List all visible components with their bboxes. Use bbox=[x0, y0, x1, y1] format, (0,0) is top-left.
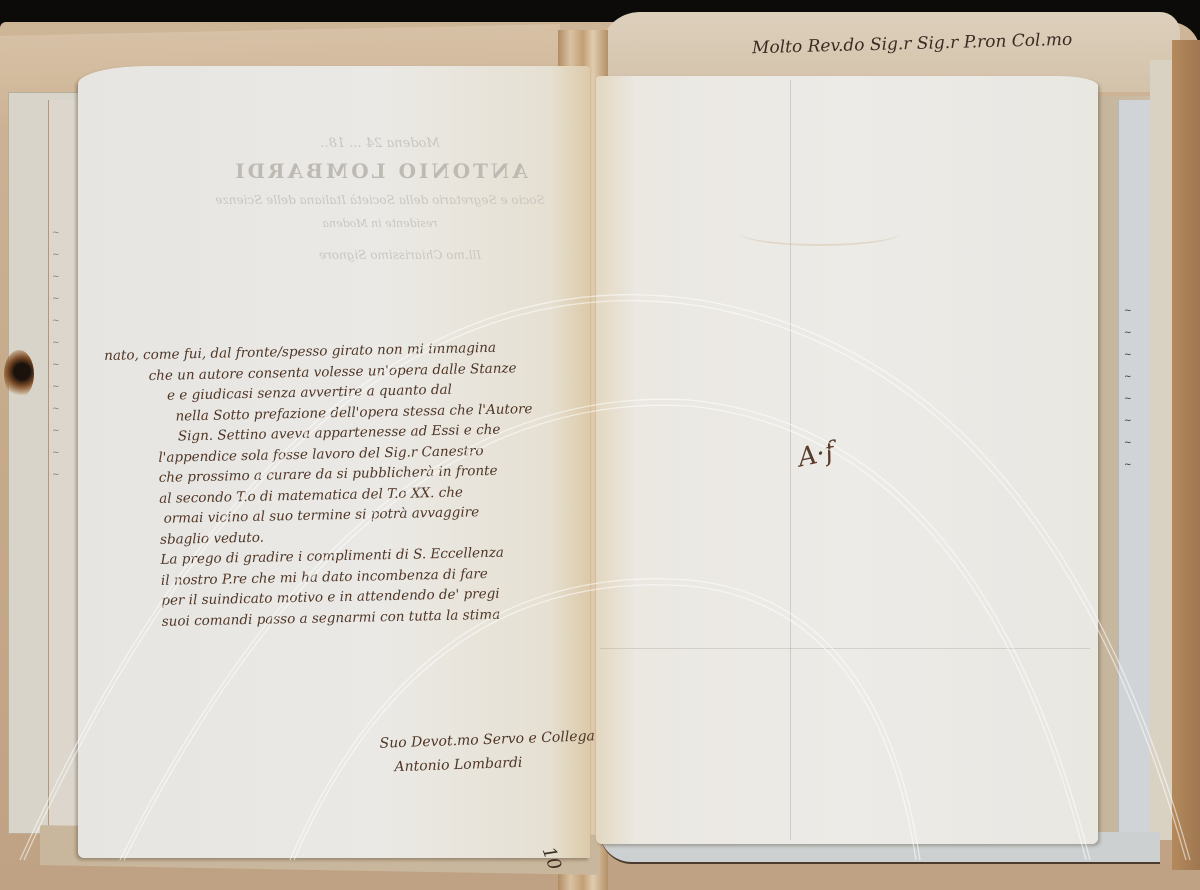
letter-closing: Suo Devot.mo Servo e Collega Antonio Lom… bbox=[379, 724, 596, 779]
seal-impression bbox=[740, 220, 900, 246]
fold-crease bbox=[790, 80, 791, 840]
letter-body: nato, come fui, dal fronte/spesso girato… bbox=[104, 336, 605, 633]
fold-crease bbox=[600, 648, 1090, 649]
margin-writing-right: ~~~~~~~~ bbox=[1124, 300, 1152, 476]
letterhead-place: residente in Modena bbox=[200, 217, 560, 230]
folder-edge bbox=[1172, 40, 1200, 870]
letterhead-bleedthrough: Modena 24 ... 18.. ANTONIO LOMBARDI Soci… bbox=[200, 136, 560, 262]
letterhead-name: ANTONIO LOMBARDI bbox=[200, 159, 560, 183]
letterhead-salutation: Ill.mo Chiarissimo Signore bbox=[240, 248, 560, 262]
letterhead-title: Socio e Segretario della Società Italian… bbox=[200, 193, 560, 207]
letterhead-date: Modena 24 ... 18.. bbox=[200, 136, 560, 151]
burn-stain bbox=[4, 350, 34, 398]
letter-page-right bbox=[596, 76, 1098, 844]
underlying-sheet bbox=[1150, 60, 1172, 840]
